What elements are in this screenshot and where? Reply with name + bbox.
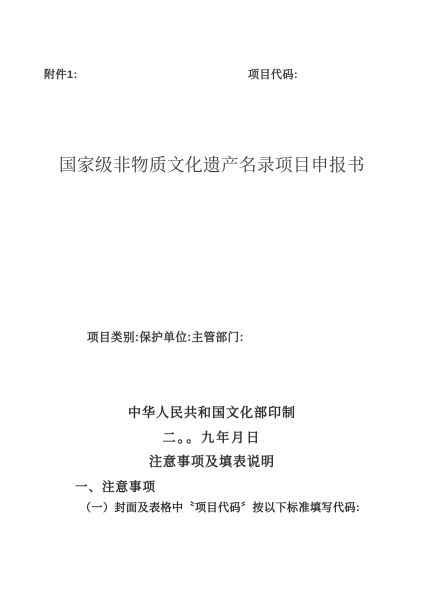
instructions-section-title: 注意事项及填表说明: [0, 451, 424, 470]
application-form-cover-page: 附件1: 项目代码: 国家级非物质文化遗产名录项目申报书 项目类别:保护单位:主…: [0, 0, 424, 600]
date-line: 二。。九年月日: [0, 427, 424, 446]
notes-heading: 一、注意事项: [75, 477, 156, 495]
category-protection-unit-department-labels: 项目类别:保护单位:主管部门:: [87, 329, 244, 345]
note-item-1: （一）封面及表格中〝项目代码〞按以下标准填写代码:: [80, 499, 360, 515]
publisher-block: 中华人民共和国文化部印制 二。。九年月日 注意事项及填表说明: [0, 402, 424, 470]
attachment-number-label: 附件1:: [44, 66, 78, 82]
project-code-label: 项目代码:: [248, 66, 298, 82]
publisher-line: 中华人民共和国文化部印制: [0, 402, 424, 421]
page-title: 国家级非物质文化遗产名录项目申报书: [0, 152, 424, 177]
